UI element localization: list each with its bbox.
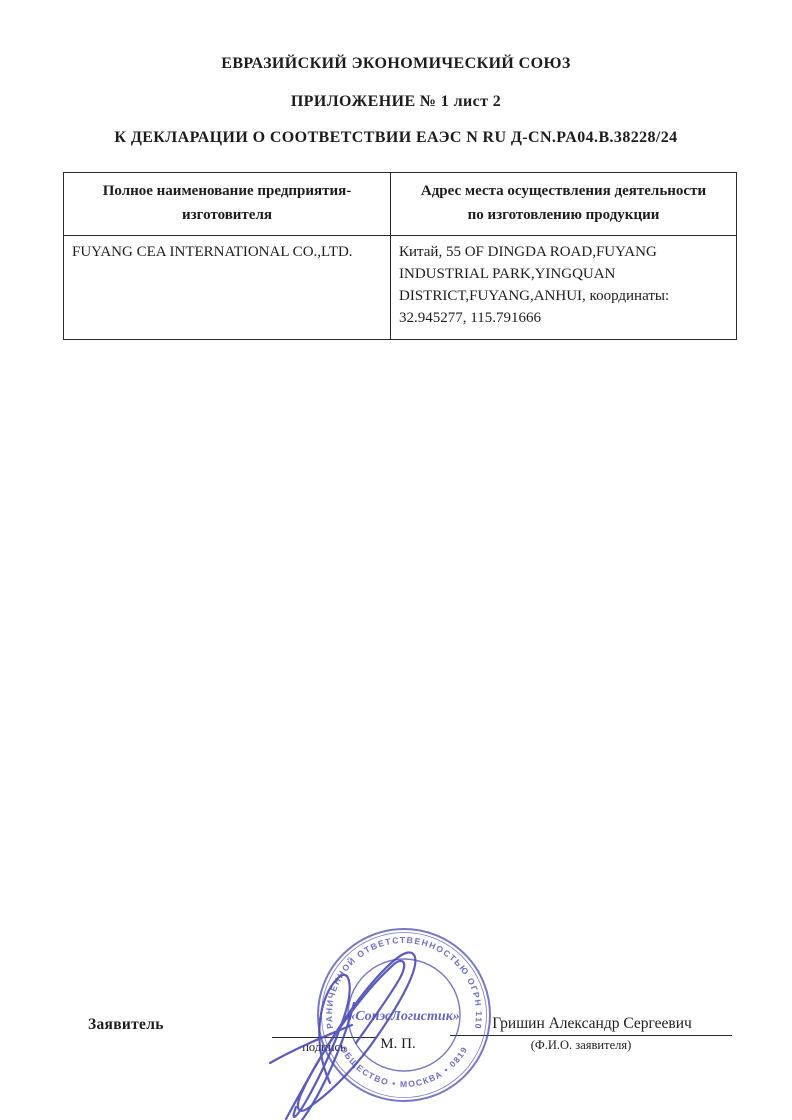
table-row: FUYANG CEA INTERNATIONAL CO.,LTD. Китай,… [64, 236, 737, 340]
header-appendix-title: ПРИЛОЖЕНИЕ № 1 лист 2 [0, 93, 792, 111]
manufacturer-name-cell: FUYANG CEA INTERNATIONAL CO.,LTD. [64, 236, 391, 340]
manufacturer-table: Полное наименование предприятия- изготов… [63, 172, 737, 340]
column-header-address: Адрес места осуществления деятельности п… [391, 173, 737, 236]
handwritten-signature [250, 925, 500, 1120]
header-declaration-number: К ДЕКЛАРАЦИИ О СООТВЕТСТВИИ ЕАЭС N RU Д-… [0, 129, 792, 147]
applicant-label: Заявитель [88, 1016, 164, 1034]
header-union-title: ЕВРАЗИЙСКИЙ ЭКОНОМИЧЕСКИЙ СОЮЗ [0, 55, 792, 73]
column-header-manufacturer-name: Полное наименование предприятия- изготов… [64, 173, 391, 236]
document-page: ЕВРАЗИЙСКИЙ ЭКОНОМИЧЕСКИЙ СОЮЗ ПРИЛОЖЕНИ… [0, 0, 792, 1120]
manufacturer-address-cell: Китай, 55 OF DINGDA ROAD,FUYANG INDUSTRI… [391, 236, 737, 340]
table-header-row: Полное наименование предприятия- изготов… [64, 173, 737, 236]
